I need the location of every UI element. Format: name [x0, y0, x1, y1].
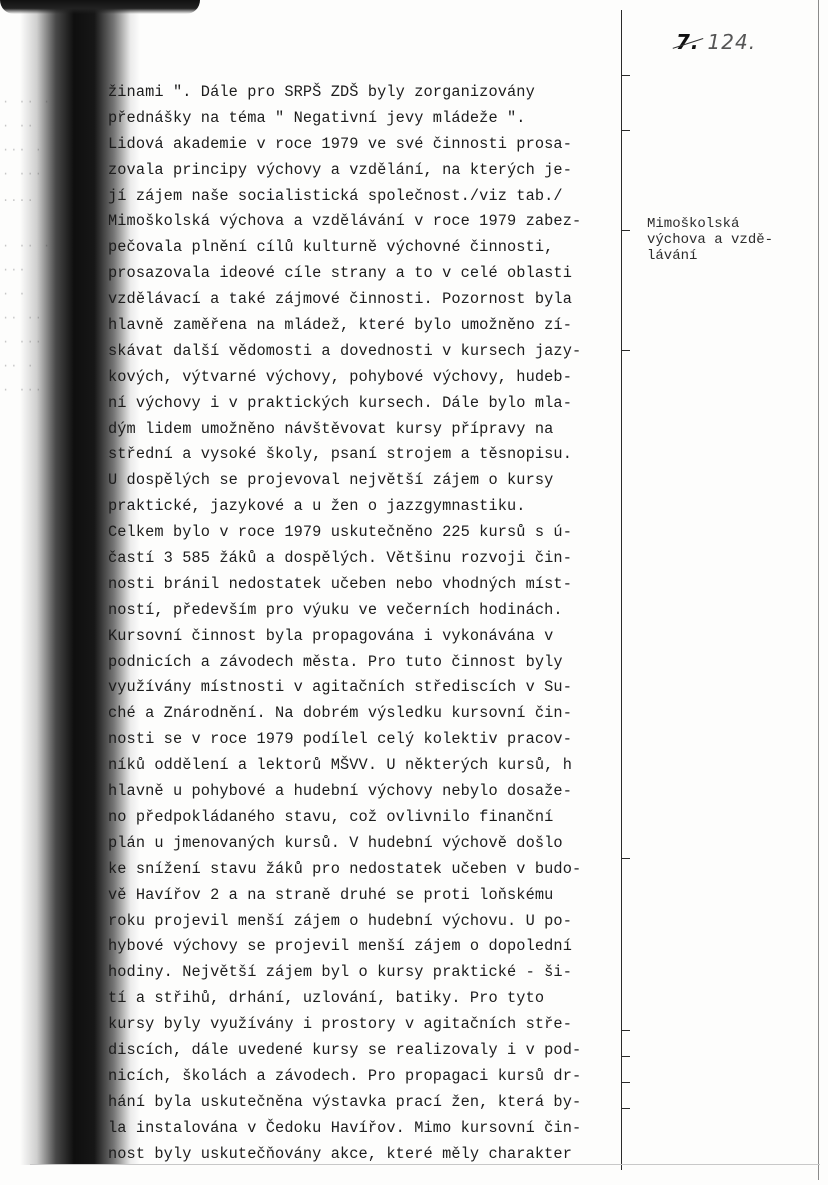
text-line: Kursovní činnost byla propagována i vyko…	[108, 624, 628, 650]
text-line: jí zájem naše socialistická společnost./…	[108, 184, 628, 210]
text-line: vzdělávací a také zájmové činnosti. Pozo…	[108, 287, 628, 313]
text-line: skávat další vědomosti a dovednosti v ku…	[108, 339, 628, 365]
text-line: nicích, školách a závodech. Pro propagac…	[108, 1064, 628, 1090]
text-line: vě Havířov 2 a na straně druhé se proti …	[108, 883, 628, 909]
body-text: žinami ". Dále pro SRPŠ ZDŠ byly zorgani…	[108, 80, 628, 1167]
text-line: zovala principy výchovy a vzdělání, na k…	[108, 158, 628, 184]
text-line: přednášky na téma " Negativní jevy mláde…	[108, 106, 628, 132]
text-line: nosti se v roce 1979 podílel celý kolekt…	[108, 727, 628, 753]
text-line: využívány místnosti v agitačních středis…	[108, 675, 628, 701]
text-line: níků oddělení a lektorů MŠVV. U některýc…	[108, 753, 628, 779]
text-line: discích, dále uvedené kursy se realizova…	[108, 1038, 628, 1064]
text-line: nosti bránil nedostatek učeben nebo vhod…	[108, 572, 628, 598]
text-line: podnicích a závodech města. Pro tuto čin…	[108, 650, 628, 676]
text-line: Mimoškolská výchova a vzdělávání v roce …	[108, 209, 628, 235]
text-line: hání byla uskutečněna výstavka prací žen…	[108, 1090, 628, 1116]
page-edge-rule	[818, 0, 819, 1180]
text-line: ke snížení stavu žáků pro nedostatek uče…	[108, 857, 628, 883]
handwritten-page-number: 124.	[708, 30, 757, 54]
text-line: la instalována v Čedoku Havířov. Mimo ku…	[108, 1116, 628, 1142]
text-line: hybové výchovy se projevil menší zájem o…	[108, 934, 628, 960]
text-line: nost byly uskutečňovány akce, které měly…	[108, 1142, 628, 1168]
margin-tick	[622, 75, 630, 76]
text-line: prosazovala ideové cíle strany a to v ce…	[108, 261, 628, 287]
text-line: kursy byly využívány i prostory v agitač…	[108, 1012, 628, 1038]
text-line: Lidová akademie v roce 1979 ve své činno…	[108, 132, 628, 158]
text-line: kových, výtvarné výchovy, pohybové výcho…	[108, 365, 628, 391]
binding-top-shadow	[0, 0, 200, 14]
text-line: ností, především pro výuku ve večerních …	[108, 598, 628, 624]
margin-note: Mimoškolská výchova a vzdě- lávání	[647, 216, 817, 264]
text-line: plán u jmenovaných kursů. V hudební vých…	[108, 831, 628, 857]
text-line: praktické, jazykové a u žen o jazzgymnas…	[108, 494, 628, 520]
struck-page-number: 7.	[676, 30, 700, 54]
text-line: častí 3 585 žáků a dospělých. Většinu ro…	[108, 546, 628, 572]
text-line: střední a vysoké školy, psaní strojem a …	[108, 442, 628, 468]
scanned-page: · ·· ·· ····· ·· ···....· ·· ····· ··· ·…	[0, 0, 828, 1185]
text-line: pečovala plnění cílů kulturně výchovné č…	[108, 235, 628, 261]
page-number: 7.124.	[676, 30, 756, 54]
text-line: Celkem bylo v roce 1979 uskutečněno 225 …	[108, 520, 628, 546]
text-line: tí a střihů, drhání, uzlování, batiky. P…	[108, 986, 628, 1012]
text-line: ché a Znárodnění. Na dobrém výsledku kur…	[108, 701, 628, 727]
text-line: no předpokládaného stavu, což ovlivnilo …	[108, 805, 628, 831]
text-line: hodiny. Největší zájem byl o kursy prakt…	[108, 960, 628, 986]
text-line: roku projevil menší zájem o hudební vých…	[108, 909, 628, 935]
text-line: U dospělých se projevoval největší zájem…	[108, 468, 628, 494]
text-line: ní výchovy i v praktických kursech. Dále…	[108, 391, 628, 417]
text-line: dým lidem umožněno návštěvovat kursy pří…	[108, 417, 628, 443]
text-line: hlavně zaměřena na mládež, které bylo um…	[108, 313, 628, 339]
text-line: žinami ". Dále pro SRPŠ ZDŠ byly zorgani…	[108, 80, 628, 106]
text-line: hlavně u pohybové a hudební výchovy neby…	[108, 779, 628, 805]
